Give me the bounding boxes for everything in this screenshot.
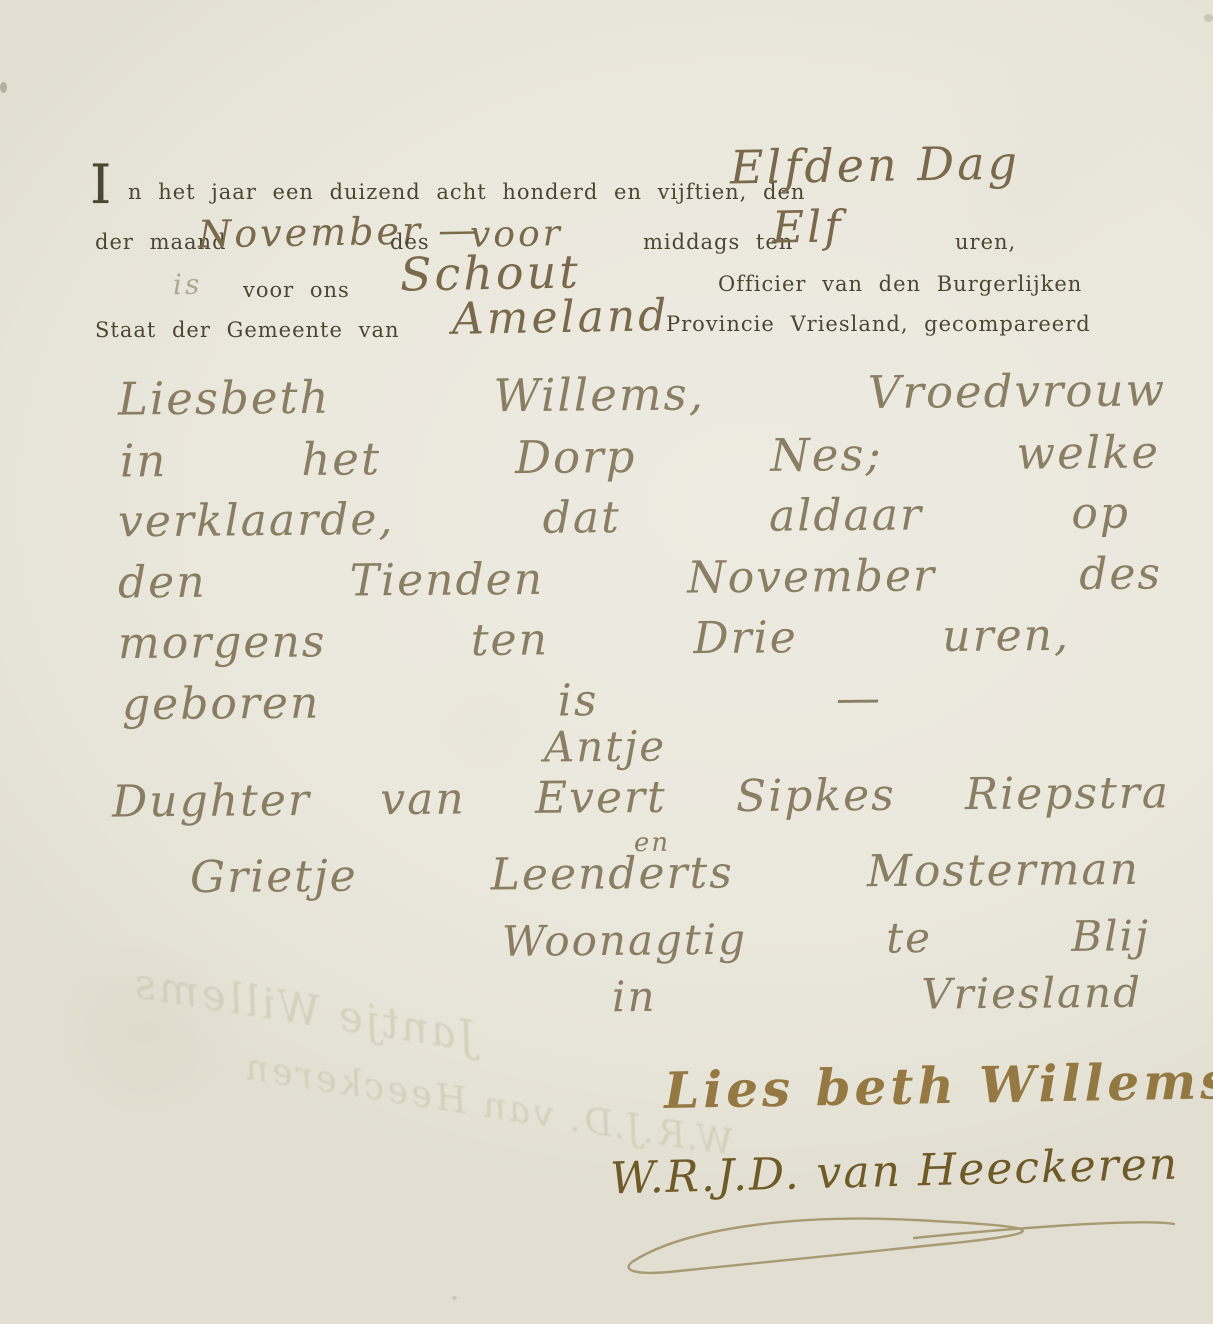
handwritten-hour: Elf [772, 201, 844, 253]
bleed-through-text: W.R.J.D. van Heeckeren [240, 1046, 736, 1164]
handwritten-is: is [173, 268, 203, 302]
printed-line-2d: uren, [955, 230, 1016, 254]
handwritten-gemeente: Ameland [452, 290, 670, 345]
printed-line-3a: voor ons [243, 278, 350, 302]
printed-line-1: n het jaar een duizend acht honderd en v… [128, 180, 805, 204]
handwritten-day: Elfden Dag [730, 135, 1021, 194]
bleed-through-text: Jantje Willems [128, 958, 479, 1061]
printed-line-2c: middags ten [643, 230, 793, 254]
signature-flourish [614, 1200, 1189, 1290]
document-page: I n het jaar een duizend acht honderd en… [0, 0, 1213, 1324]
printed-line-4b: Provincie Vriesland, gecompareerd [666, 312, 1091, 336]
body-line-birthdate: den Tienden November des [118, 548, 1162, 608]
paper-speck [452, 1296, 457, 1300]
paper-speck [0, 82, 7, 93]
body-line-declaration: verklaarde, dat aldaar op [118, 488, 1130, 548]
ornate-initial: I [90, 158, 111, 212]
printed-line-4a: Staat der Gemeente van [95, 318, 400, 342]
body-line-province: in Vriesland [612, 968, 1142, 1022]
body-line-parents-residence: Woonagtig te Blij [502, 911, 1150, 966]
body-line-birthtime: morgens ten Drie uren, [118, 610, 1070, 669]
body-line-father: Dughter van Evert Sipkes Riepstra [112, 767, 1170, 827]
body-line-declarant: Liesbeth Willems, Vroedvrouw [118, 363, 1166, 425]
signature-declarant: Lies beth Willems [664, 1051, 1213, 1120]
body-line-child-name: Antje [440, 721, 770, 773]
body-line-mother: Grietje Leenderts Mosterman [190, 844, 1140, 903]
printed-line-3b: Officier van den Burgerlijken [718, 272, 1082, 296]
paper-speck [1204, 14, 1213, 22]
body-line-residence: in het Dorp Nes; welke [120, 425, 1160, 487]
